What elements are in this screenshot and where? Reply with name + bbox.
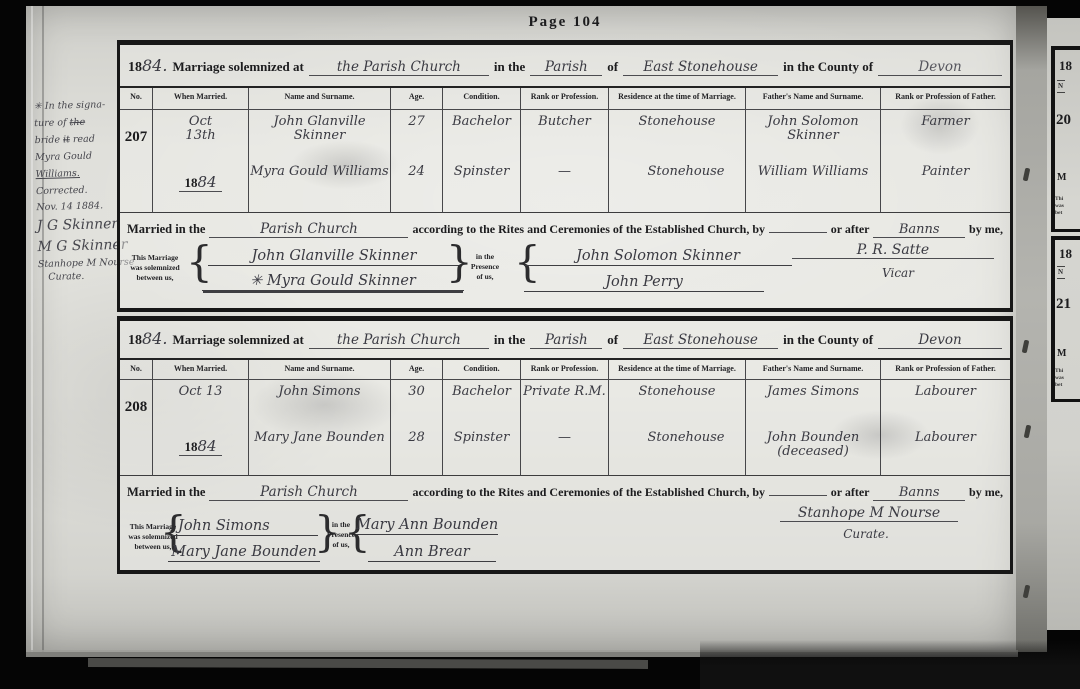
groom-father: John Solomon Skinner xyxy=(746,107,880,159)
entry-data-row: 207 Oct 13th 1884 John Glanville Skinner… xyxy=(120,107,1010,213)
form-label-married-in: Married in the xyxy=(127,485,205,500)
cell-no: 207 xyxy=(120,107,153,213)
witness-2-signature: John Perry xyxy=(524,274,764,292)
banns-handwritten: Banns xyxy=(873,222,965,238)
note-signature-bride: M G Skinner xyxy=(37,235,122,258)
form-label-according: according to the Rites and Ceremonies of… xyxy=(412,222,765,237)
col-header-condition: Condition. xyxy=(443,88,521,109)
next-page-entry-number: 20 xyxy=(1056,112,1071,129)
when-date: Oct 13th xyxy=(153,107,248,159)
photo-shadow xyxy=(700,640,1080,689)
col-header-no: No. xyxy=(120,88,153,109)
next-page-year: 18 xyxy=(1059,246,1072,262)
bride-residence: Stonehouse xyxy=(609,159,745,179)
form-label-of: of xyxy=(607,332,618,348)
form-label-or-after: or after xyxy=(831,485,870,500)
form-label-or-after: or after xyxy=(831,222,870,237)
groom-residence: Stonehouse xyxy=(609,377,745,425)
when-date: Oct 13 xyxy=(153,377,248,425)
form-label-county: in the County of xyxy=(783,59,873,75)
when-year: 1884 xyxy=(153,159,248,192)
note-signature-groom: J G Skinner xyxy=(37,215,121,237)
note-line: ✳ In the signa- xyxy=(34,97,118,116)
entry-title-line: 1884. Marriage solemnized at the Parish … xyxy=(128,329,1002,349)
form-label-by-me: by me, xyxy=(969,485,1003,500)
note-text: Corrected. xyxy=(36,184,88,196)
when-year-hand: 84 xyxy=(197,437,216,455)
when-year-printed: 18 xyxy=(184,439,197,454)
form-label-solemnized-at: Marriage solemnized at xyxy=(172,59,303,75)
parish-name-handwritten: East Stonehouse xyxy=(623,59,778,76)
form-label-married-in: Married in the xyxy=(127,222,205,237)
married-in-place: Parish Church xyxy=(209,484,408,501)
form-label-in-the: in the xyxy=(494,59,525,75)
entry-number: 207 xyxy=(120,129,152,146)
bride-signature: Mary Jane Bounden xyxy=(168,544,320,562)
register-photo: Page 104 ✳ In the signa- ture of the bri… xyxy=(0,0,1080,689)
blank-rule xyxy=(769,232,827,233)
margin-correction-note: ✳ In the signa- ture of the bride it rea… xyxy=(34,97,123,285)
next-page-year: 18 xyxy=(1059,58,1072,74)
cell-professions: Butcher — xyxy=(521,107,609,213)
col-header-rank: Rank or Profession. xyxy=(521,88,609,109)
note-signature-curate: Stanhope M Nourse xyxy=(38,256,122,271)
groom-condition: Bachelor xyxy=(443,107,520,159)
year: 1884. xyxy=(128,329,167,349)
county-handwritten: Devon xyxy=(878,332,1002,349)
form-label-according: according to the Rites and Ceremonies of… xyxy=(412,485,765,500)
officiant-signature: P. R. Satte xyxy=(792,242,994,259)
married-in-line: Married in the Parish Church according t… xyxy=(127,221,1003,238)
place-handwritten: the Parish Church xyxy=(309,332,489,349)
marriage-entry-207: 1884. Marriage solemnized at the Parish … xyxy=(117,40,1013,312)
page-stack-edge xyxy=(88,658,648,669)
when-year-printed: 18 xyxy=(184,175,197,190)
bride-condition: Spinster xyxy=(443,159,520,179)
parish-word-handwritten: Parish xyxy=(530,332,602,349)
year-printed: 18 xyxy=(128,60,142,75)
presence-label: in the Presence of us, xyxy=(458,252,512,281)
ink-bleedthrough xyxy=(900,95,980,155)
cell-when-married: Oct 13th 1884 xyxy=(153,107,249,213)
year-printed: 18 xyxy=(128,333,142,348)
cell-conditions: Bachelor Spinster xyxy=(443,107,521,213)
groom-profession: Private R.M. xyxy=(521,377,608,425)
note-text: ture of xyxy=(34,117,70,129)
col-header-name: Name and Surname. xyxy=(249,88,391,109)
col-header-father-name: Father's Name and Surname. xyxy=(746,88,881,109)
entry-number: 208 xyxy=(120,399,152,416)
groom-age: 27 xyxy=(391,107,442,159)
bride-condition: Spinster xyxy=(443,425,520,445)
officiant-title: Vicar xyxy=(858,266,938,280)
groom-residence: Stonehouse xyxy=(609,107,745,159)
note-text: read xyxy=(70,133,95,145)
year-handwritten: 84. xyxy=(142,329,167,348)
cell-professions: Private R.M. — xyxy=(521,377,609,476)
witness-1-signature: John Solomon Skinner xyxy=(524,248,792,266)
solemnized-between-label: This Marriage was solemnized between us, xyxy=(122,253,188,282)
note-text: Williams. xyxy=(35,168,80,180)
officiant-signature: Stanhope M Nourse xyxy=(780,505,958,522)
cell-residences: Stonehouse Stonehouse xyxy=(609,107,746,213)
note-text-struck: the xyxy=(69,117,85,128)
cell-when-married: Oct 13 1884 xyxy=(153,377,249,476)
next-page-married-label: M xyxy=(1057,348,1066,359)
cell-conditions: Bachelor Spinster xyxy=(443,377,521,476)
witness-1-signature: Mary Ann Bounden xyxy=(356,517,498,535)
cell-fathers: John Solomon Skinner William Williams xyxy=(746,107,881,213)
ink-bleedthrough xyxy=(830,410,930,460)
when-year-hand: 84 xyxy=(197,173,216,191)
year-handwritten: 84. xyxy=(142,56,167,75)
note-text: Myra Gould xyxy=(35,150,92,162)
next-page-married-label: M xyxy=(1057,172,1066,183)
place-handwritten: the Parish Church xyxy=(309,59,489,76)
cell-ages: 30 28 xyxy=(391,377,443,476)
page-number-heading: Page 104 xyxy=(117,14,1013,31)
bride-residence: Stonehouse xyxy=(609,425,745,445)
bride-father: William Williams xyxy=(746,159,880,179)
next-page-tiny-label: Thi was bet xyxy=(1055,368,1064,389)
col-header-residence: Residence at the time of Marriage. xyxy=(609,88,746,109)
cell-residences: Stonehouse Stonehouse xyxy=(609,377,746,476)
witness-2-signature: Ann Brear xyxy=(368,544,496,562)
form-label-in-the: in the xyxy=(494,332,525,348)
form-label-county: in the County of xyxy=(783,332,873,348)
note-text: ✳ In the signa- xyxy=(34,99,106,112)
bride-profession: — xyxy=(521,425,608,445)
parish-word-handwritten: Parish xyxy=(530,59,602,76)
bride-signature: ✳ Myra Gould Skinner xyxy=(202,273,464,291)
groom-signature: John Glanville Skinner xyxy=(208,248,460,266)
officiant-title: Curate. xyxy=(816,527,916,541)
groom-profession: Butcher xyxy=(521,107,608,159)
next-page-col-header: N xyxy=(1057,80,1065,93)
year: 1884. xyxy=(128,56,167,76)
book-binding-gutter xyxy=(1016,6,1047,652)
county-handwritten: Devon xyxy=(878,59,1002,76)
entry-title-line: 1884. Marriage solemnized at the Parish … xyxy=(128,56,1002,76)
form-label-solemnized-at: Marriage solemnized at xyxy=(172,332,303,348)
note-text: Nov. 14 1884. xyxy=(36,201,103,214)
note-curate-title: Curate. xyxy=(38,269,122,284)
next-page-col-header: N xyxy=(1057,266,1065,279)
form-label-of: of xyxy=(607,59,618,75)
note-text: bride xyxy=(35,134,64,146)
ink-bleedthrough xyxy=(250,370,400,440)
when-year: 1884 xyxy=(153,425,248,456)
bride-profession: — xyxy=(521,159,608,179)
col-header-when-married: When Married. xyxy=(153,88,249,109)
ink-bleedthrough xyxy=(290,140,400,190)
cell-no: 208 xyxy=(120,377,153,476)
banns-handwritten: Banns xyxy=(873,485,965,501)
next-page-tiny-label: Thi was bet xyxy=(1055,196,1064,217)
col-header-age: Age. xyxy=(391,88,443,109)
groom-condition: Bachelor xyxy=(443,377,520,425)
bride-age: 28 xyxy=(391,425,442,445)
bride-father-rank: Painter xyxy=(881,159,1010,179)
next-page-entry-number: 21 xyxy=(1056,296,1071,313)
married-in-place: Parish Church xyxy=(209,221,408,238)
blank-rule xyxy=(769,495,827,496)
married-in-line: Married in the Parish Church according t… xyxy=(127,484,1003,501)
parish-name-handwritten: East Stonehouse xyxy=(623,332,778,349)
form-label-by-me: by me, xyxy=(969,222,1003,237)
groom-signature: John Simons xyxy=(172,518,318,536)
